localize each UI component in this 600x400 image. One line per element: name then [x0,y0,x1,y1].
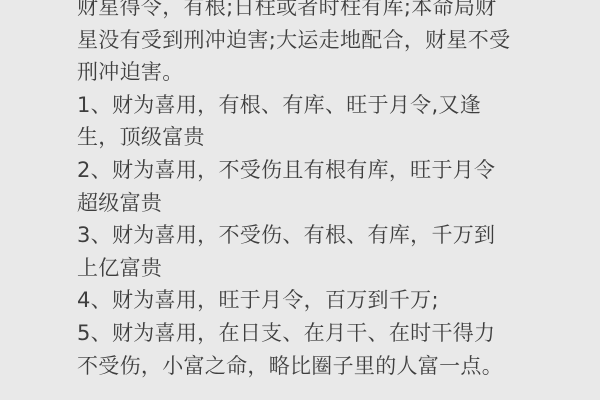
intro-line-3: 刑冲迫害。 [77,56,537,89]
list-item-1-line-2: 生，顶级富贵 [77,121,537,154]
list-item-4-line-1: 4、财为喜用，旺于月令，百万到千万; [77,284,537,317]
list-item-2-line-2: 超级富贵 [77,187,537,220]
list-item-5-line-2: 不受伤，小富之命，略比圈子里的人富一点。 [77,350,537,383]
article-text: 财星得令，有根;日柱或者时柱有库;本命局财 星没有受到刑冲迫害;大运走地配合，财… [77,0,537,382]
intro-line-1: 财星得令，有根;日柱或者时柱有库;本命局财 [77,0,537,24]
list-item-5-line-1: 5、财为喜用，在日支、在月干、在时干得力 [77,317,537,350]
list-item-2-line-1: 2、财为喜用，不受伤且有根有库，旺于月令 [77,154,537,187]
list-item-3-line-1: 3、财为喜用，不受伤、有根、有库，千万到 [77,219,537,252]
intro-line-2: 星没有受到刑冲迫害;大运走地配合，财星不受 [77,24,537,57]
document-page: 财星得令，有根;日柱或者时柱有库;本命局财 星没有受到刑冲迫害;大运走地配合，财… [0,0,600,400]
list-item-3-line-2: 上亿富贵 [77,252,537,285]
list-item-1-line-1: 1、财为喜用，有根、有库、旺于月令,又逢 [77,89,537,122]
